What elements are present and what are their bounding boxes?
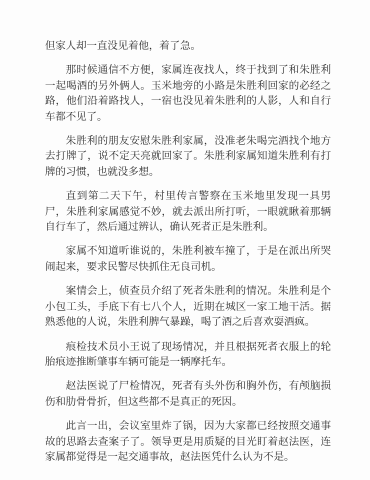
paragraph: 案情会上，侦查员介绍了死者朱胜利的情况。朱胜利是个小包工头，手底下有七八个人，近… [45, 284, 331, 330]
paragraph: 但家人却一直没见着他，着了急。 [45, 39, 331, 54]
paragraph: 朱胜利的朋友安慰朱胜利家属，没准老朱喝完酒找个地方去打牌了，说不定天亮就回家了。… [45, 134, 331, 180]
paragraph: 痕检技术员小王说了现场情况，并且根据死者衣服上的轮胎痕迹推断肇事车辆可能是一辆摩… [45, 340, 331, 371]
paragraph: 家属不知道听谁说的，朱胜利被车撞了，于是在派出所哭闹起来，要求民警尽快抓住无良司… [45, 244, 331, 275]
document-page: 但家人却一直没见着他，着了急。 那时候通信不方便，家属连夜找人，终于找到了和朱胜… [0, 0, 370, 480]
paragraph: 赵法医说了尸检情况，死者有头外伤和胸外伤，有颅脑损伤和肋骨骨折，但这些都不是真正… [45, 379, 331, 410]
paragraph: 那时候通信不方便，家属连夜找人，终于找到了和朱胜利一起喝酒的另外俩人。玉米地旁的… [45, 63, 331, 125]
paragraph: 直到第二天下午，村里传言警察在玉米地里发现一具男尸，朱胜利家属感觉不妙，就去派出… [45, 189, 331, 235]
paragraph: 此言一出，会议室里炸了锅，因为大家都已经按照交通事故的思路去查案子了。领导更是用… [45, 419, 331, 465]
